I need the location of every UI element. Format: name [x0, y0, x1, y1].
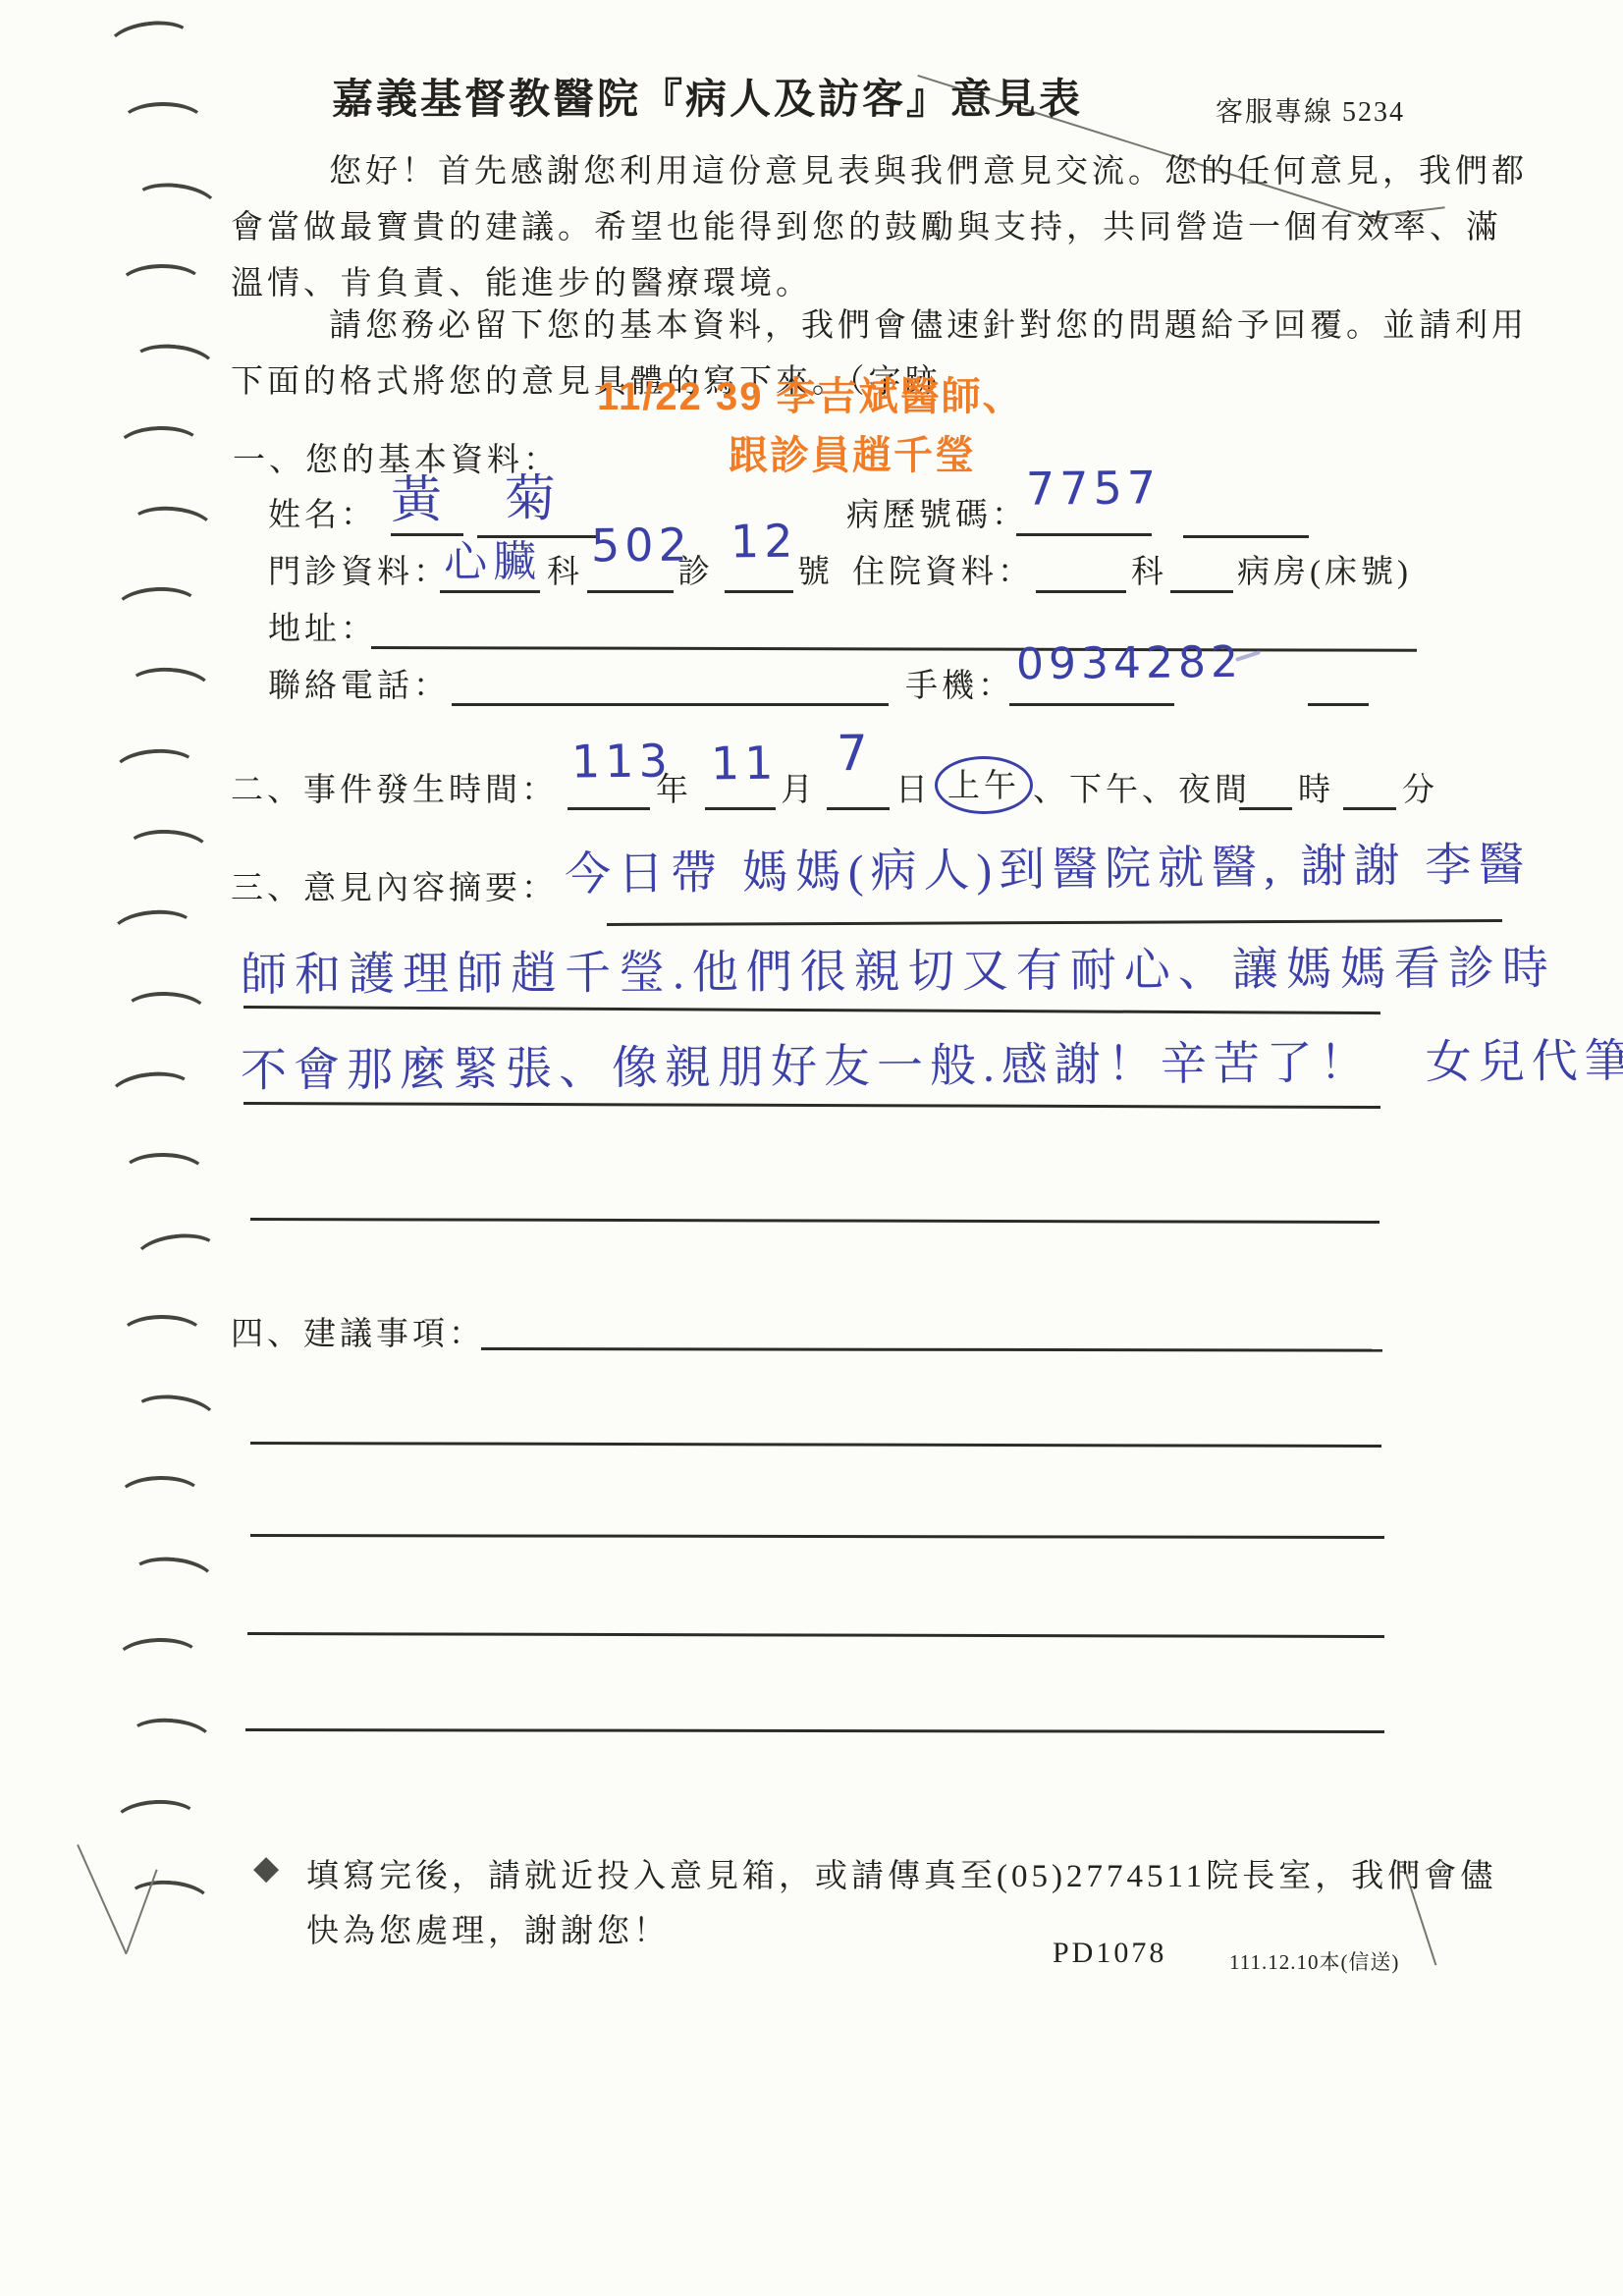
- blank-underline: [1170, 590, 1233, 593]
- summary-handwriting-line1: 今日帶 媽媽(病人)到醫院就醫, 謝謝 李醫: [565, 828, 1532, 903]
- no-suffix-label: 號: [797, 546, 834, 592]
- chart-no-label: 病歷號碼：: [846, 489, 1028, 535]
- summary-line: [243, 1006, 1380, 1014]
- binding-mark-icon: [125, 828, 211, 872]
- binding-mark-icon: [128, 503, 215, 550]
- summary-handwriting-line3: 不會那麼緊張、像親朋好友一般.感謝！辛苦了！ 女兒代筆: [241, 1024, 1623, 1100]
- intro-paragraph-line: 請您務必留下您的基本資料，我們會儘速針對您的問題給予回覆。並請利用: [329, 300, 1528, 346]
- inpatient-label: 住院資料：: [852, 546, 1034, 592]
- blank-underline: [1036, 590, 1126, 593]
- day-underline: [827, 807, 890, 810]
- suggestion-line-blank: [247, 1632, 1384, 1638]
- binding-mark-icon: [116, 424, 201, 467]
- dept-suffix-label: 科: [547, 546, 583, 592]
- month-suffix-label: 月: [781, 764, 817, 810]
- year-suffix-label: 年: [656, 764, 692, 810]
- form-code: PD1078: [1053, 1937, 1166, 1970]
- section-time-heading: 二、事件發生時間：: [231, 764, 558, 810]
- outpatient-dept-value: 心臟: [444, 525, 543, 589]
- binding-mark-icon: [119, 263, 204, 304]
- summary-line: [243, 1102, 1380, 1109]
- binding-mark-icon: [127, 1716, 214, 1763]
- binding-mark-icon: [132, 179, 220, 229]
- outpatient-room-underline: [587, 590, 674, 593]
- binding-mark-icon: [113, 1797, 199, 1841]
- mobile-underline: [1009, 703, 1174, 706]
- footer-note-line2: 快為您處理，謝謝您！: [306, 1905, 670, 1951]
- blank-underline: [1308, 703, 1369, 706]
- footer-note-line1: 填寫完後，請就近投入意見箱，或請傳真至(05)2774511院長室，我們會儘: [306, 1850, 1496, 1896]
- binding-mark-icon: [109, 907, 196, 955]
- day-value: 7: [837, 725, 873, 782]
- scanned-feedback-form: 嘉義基督教醫院『病人及訪客』意見表 客服專線 5234 您好！首先感謝您利用這份…: [0, 0, 1623, 2296]
- period-morning-circled: 上午: [935, 756, 1033, 814]
- diamond-bullet-icon: ◆: [253, 1848, 279, 1887]
- staff-annotation-line2: 跟診員趙千瑩: [729, 424, 976, 480]
- name-value: 黃 菊: [391, 457, 563, 532]
- binding-mark-icon: [131, 1391, 219, 1441]
- chart-no-value: 7757: [1026, 461, 1162, 515]
- inpatient-ward-suffix-label: 病房(床號): [1237, 546, 1412, 592]
- mobile-value: 0934282: [1016, 637, 1243, 689]
- binding-mark-icon: [115, 1637, 200, 1680]
- year-underline: [568, 807, 650, 810]
- binding-mark-icon: [133, 1229, 221, 1279]
- crease-bottom-left-a: [77, 1844, 127, 1954]
- binding-mark-icon: [121, 102, 205, 142]
- suggestion-line: [481, 1347, 1382, 1352]
- inpatient-dept-suffix-label: 科: [1131, 546, 1167, 592]
- outpatient-dept-underline: [440, 590, 540, 593]
- section-summary-heading: 三、意見內容摘要：: [231, 862, 558, 908]
- binding-mark-icon: [112, 746, 199, 793]
- staff-annotation-line1: 11/22 39 李吉斌醫師、: [597, 365, 1024, 421]
- summary-line-blank: [250, 1218, 1380, 1224]
- binding-mark-icon: [127, 665, 214, 711]
- binding-mark-icon: [120, 1315, 204, 1355]
- hotline-label: 客服專線 5234: [1216, 90, 1405, 130]
- intro-paragraph-line: 會當做最寶貴的建議。希望也能得到您的鼓勵與支持，共同營造一個有效率、滿: [231, 201, 1502, 247]
- blank-underline: [1183, 535, 1309, 538]
- suggestion-line-blank: [245, 1728, 1384, 1733]
- binding-mark-icon: [130, 341, 218, 390]
- summary-handwriting-line2: 師和護理師趙千瑩.他們很親切又有耐心、讓媽媽看診時: [241, 931, 1556, 1004]
- phone-label: 聯絡電話：: [268, 660, 450, 706]
- binding-mark-icon: [123, 990, 208, 1033]
- suggestion-line-blank: [250, 1442, 1381, 1448]
- outpatient-label: 門診資料：: [268, 546, 450, 592]
- day-suffix-label: 日: [895, 764, 932, 810]
- chart-no-underline: [1016, 533, 1152, 536]
- blank-underline: [1343, 807, 1396, 810]
- section-suggestion-heading: 四、建議事項：: [231, 1308, 485, 1354]
- month-underline: [705, 807, 776, 810]
- outpatient-no-underline: [725, 590, 793, 593]
- mobile-label: 手機：: [905, 660, 1014, 706]
- month-value: 11: [711, 737, 779, 791]
- intro-paragraph-line: 您好！首先感謝您利用這份意見表與我們意見交流。您的任何意見，我們都: [329, 145, 1528, 191]
- binding-mark-icon: [106, 17, 194, 67]
- outpatient-no-value: 12: [730, 515, 798, 569]
- minute-suffix-label: 分: [1402, 764, 1438, 810]
- name-label: 姓名：: [268, 489, 377, 535]
- summary-line: [607, 919, 1502, 926]
- binding-mark-icon: [129, 1553, 217, 1602]
- hour-suffix-label: 時: [1298, 764, 1334, 810]
- phone-underline: [452, 703, 889, 706]
- binding-mark-icon: [114, 585, 200, 629]
- binding-mark-icon: [118, 1476, 203, 1517]
- address-label: 地址：: [268, 603, 377, 649]
- binding-mark-icon: [122, 1152, 207, 1193]
- print-info: 111.12.10本(信送): [1229, 1946, 1399, 1976]
- room-suffix-label: 診: [677, 546, 714, 592]
- intro-paragraph-line: 溫情、肯負責、能進步的醫療環境。: [231, 257, 812, 303]
- binding-mark-icon: [107, 1068, 195, 1118]
- form-title: 嘉義基督教醫院『病人及訪客』意見表: [332, 67, 1083, 126]
- suggestion-line-blank: [250, 1534, 1384, 1539]
- blank-underline: [1239, 807, 1292, 810]
- period-options-label: 、下午、夜間: [1033, 764, 1251, 810]
- morning-circle-mark: 上午: [935, 756, 1033, 814]
